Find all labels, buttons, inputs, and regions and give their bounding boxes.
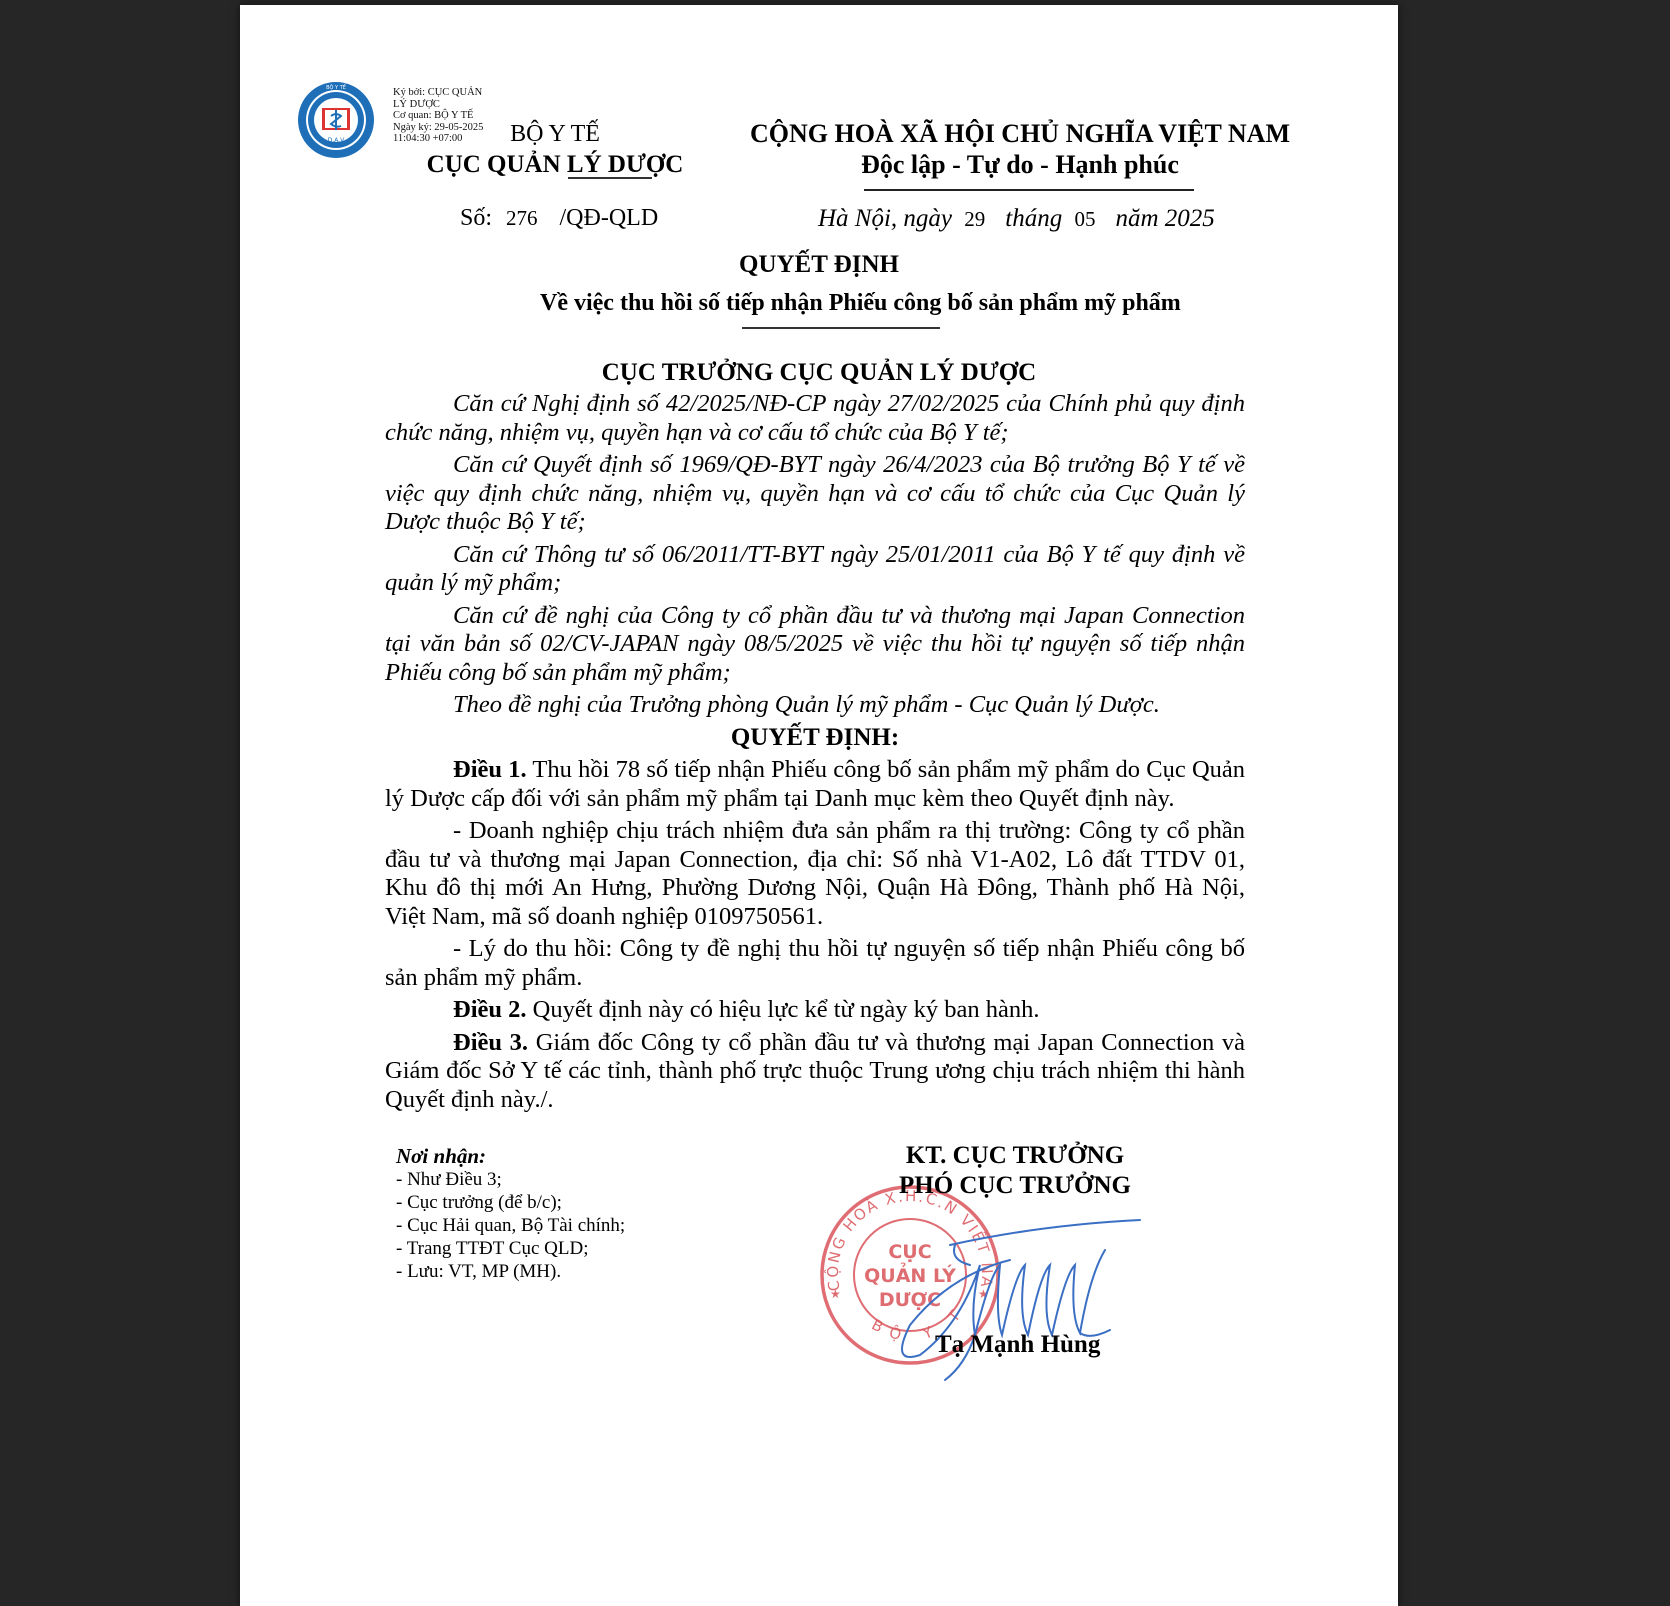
department-name: CỤC QUẢN LÝ DƯỢC	[410, 149, 700, 181]
document-title: QUYẾT ĐỊNH	[240, 251, 1398, 279]
place-date-prefix: Hà Nội, ngày	[818, 205, 952, 232]
signer-name: Tạ Mạnh Hùng	[935, 1331, 1100, 1359]
issuing-authority: CỤC TRƯỞNG CỤC QUẢN LÝ DƯỢC	[240, 359, 1398, 387]
document-body: Căn cứ Nghị định số 42/2025/NĐ-CP ngày 2…	[385, 390, 1245, 1118]
date-day: 29	[964, 207, 985, 231]
article-2-text: Quyết định này có hiệu lực kể từ ngày ký…	[533, 996, 1040, 1023]
ground-item: Căn cứ Thông tư số 06/2011/TT-BYT ngày 2…	[385, 541, 1245, 598]
article-2: Điều 2. Quyết định này có hiệu lực kể từ…	[385, 996, 1245, 1025]
signatory-line-2: PHÓ CỤC TRƯỞNG	[880, 1171, 1150, 1201]
decision-heading: QUYẾT ĐỊNH:	[385, 724, 1245, 753]
month-label: tháng	[1005, 205, 1062, 232]
date-month: 05	[1074, 207, 1095, 231]
recipient-item: - Trang TTĐT Cục QLD;	[396, 1237, 625, 1260]
department-underline	[568, 177, 652, 179]
article-1-label: Điều 1.	[453, 756, 527, 783]
svg-text:D.A.V: D.A.V	[328, 137, 345, 144]
document-number: Số:276/QĐ-QLD	[460, 205, 658, 232]
year-label: năm	[1115, 205, 1158, 232]
national-header: CỘNG HOÀ XÃ HỘI CHỦ NGHĨA VIỆT NAM Độc l…	[740, 119, 1300, 181]
ground-item: Theo đề nghị của Trưởng phòng Quản lý mỹ…	[385, 691, 1245, 720]
article-2-label: Điều 2.	[453, 996, 527, 1023]
date-year: 2025	[1165, 205, 1215, 232]
article-3-label: Điều 3.	[453, 1029, 528, 1056]
recipients-heading: Nơi nhận:	[396, 1145, 625, 1168]
place-date: Hà Nội, ngày 29tháng 05năm 2025	[818, 205, 1215, 233]
article-1-reason: - Lý do thu hồi: Công ty đề nghị thu hồi…	[385, 935, 1245, 992]
issuer-header: BỘ Y TẾ CỤC QUẢN LÝ DƯỢC	[410, 119, 700, 181]
signatory-title: KT. CỤC TRƯỞNG PHÓ CỤC TRƯỞNG	[880, 1141, 1150, 1201]
motto-underline	[864, 189, 1194, 191]
article-3: Điều 3. Giám đốc Công ty cổ phần đầu tư …	[385, 1029, 1245, 1115]
svg-text:BỘ Y TẾ: BỘ Y TẾ	[326, 83, 347, 91]
subject-underline	[742, 327, 940, 329]
national-motto: Độc lập - Tự do - Hạnh phúc	[740, 149, 1300, 181]
recipient-item: - Cục trưởng (để b/c);	[396, 1191, 625, 1214]
recipient-item: - Lưu: VT, MP (MH).	[396, 1260, 625, 1283]
dav-emblem-icon: D.A.V BỘ Y TẾ	[296, 80, 376, 160]
signed-by: Ký bởi: CỤC QUẢN LÝ DƯỢC	[393, 87, 493, 110]
document-page: D.A.V BỘ Y TẾ Ký bởi: CỤC QUẢN LÝ DƯỢC C…	[240, 5, 1398, 1606]
number-prefix: Số:	[460, 205, 492, 231]
recipient-item: - Như Điều 3;	[396, 1168, 625, 1191]
svg-text:★: ★	[830, 1287, 841, 1301]
number-value: 276	[506, 206, 538, 230]
document-subject: Về việc thu hồi số tiếp nhận Phiếu công …	[540, 290, 1181, 317]
number-suffix: /QĐ-QLD	[560, 205, 659, 231]
recipients-list: Nơi nhận: - Như Điều 3; - Cục trưởng (để…	[396, 1145, 625, 1283]
article-1-company: - Doanh nghiệp chịu trách nhiệm đưa sản …	[385, 817, 1245, 931]
country-name: CỘNG HOÀ XÃ HỘI CHỦ NGHĨA VIỆT NAM	[740, 119, 1300, 149]
ground-item: Căn cứ đề nghị của Công ty cổ phần đầu t…	[385, 602, 1245, 688]
ground-item: Căn cứ Nghị định số 42/2025/NĐ-CP ngày 2…	[385, 390, 1245, 447]
signatory-line-1: KT. CỤC TRƯỞNG	[880, 1141, 1150, 1171]
recipient-item: - Cục Hải quan, Bộ Tài chính;	[396, 1214, 625, 1237]
ground-item: Căn cứ Quyết định số 1969/QĐ-BYT ngày 26…	[385, 451, 1245, 537]
ministry-name: BỘ Y TẾ	[410, 119, 700, 149]
article-1: Điều 1. Thu hồi 78 số tiếp nhận Phiếu cô…	[385, 756, 1245, 813]
